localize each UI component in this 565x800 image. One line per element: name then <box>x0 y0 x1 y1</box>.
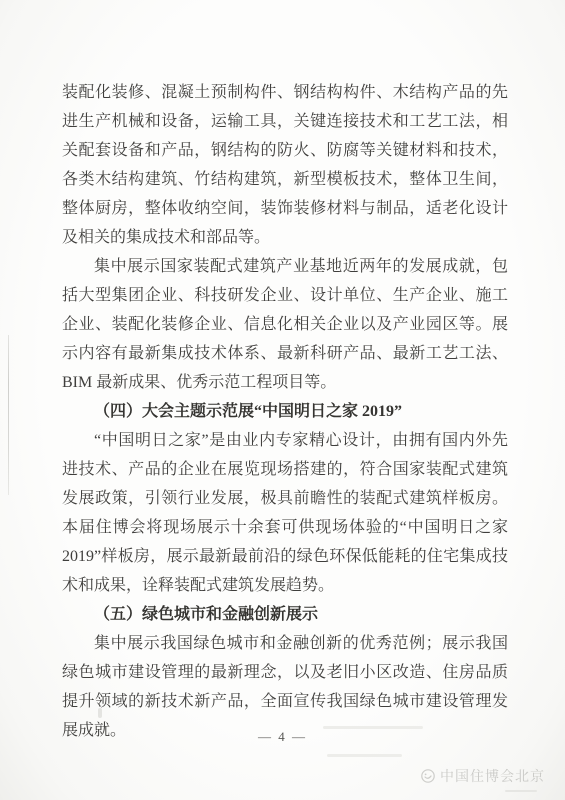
scan-artifact-streak <box>505 790 537 792</box>
section-heading-five: （五）绿色城市和金融创新展示 <box>62 600 508 629</box>
scan-artifact-streak <box>323 726 423 729</box>
section-heading-four: （四）大会主题示范展“中国明日之家 2019” <box>62 397 508 426</box>
paragraph-continuation: 装配化装修、混凝土预制构件、钢结构构件、木结构产品的先进生产机械和设备，运输工具… <box>62 78 508 252</box>
document-body: 装配化装修、混凝土预制构件、钢结构构件、木结构产品的先进生产机械和设备，运输工具… <box>62 78 508 745</box>
scan-artifact-streak <box>327 754 402 757</box>
scan-artifact-smudge <box>98 708 102 718</box>
scan-artifact-vertical-line <box>8 335 9 495</box>
document-page: 装配化装修、混凝土预制构件、钢结构构件、木结构产品的先进生产机械和设备，运输工具… <box>0 0 565 800</box>
wechat-account-logo-icon <box>420 768 436 784</box>
paragraph-china-future-home: “中国明日之家”是由业内专家精心设计，由拥有国内外先进技术、产品的企业在展览现场… <box>62 426 508 600</box>
paragraph-green-city: 集中展示我国绿色城市和金融创新的优秀范例；展示我国绿色城市建设管理的最新理念，以… <box>62 629 508 745</box>
watermark: 中国住博会北京 <box>420 766 545 786</box>
page-number: — 4 — <box>0 729 565 745</box>
paragraph-industry-base: 集中展示国家装配式建筑产业基地近两年的发展成就，包括大型集团企业、科技研发企业、… <box>62 252 508 397</box>
watermark-text: 中国住博会北京 <box>440 766 545 786</box>
